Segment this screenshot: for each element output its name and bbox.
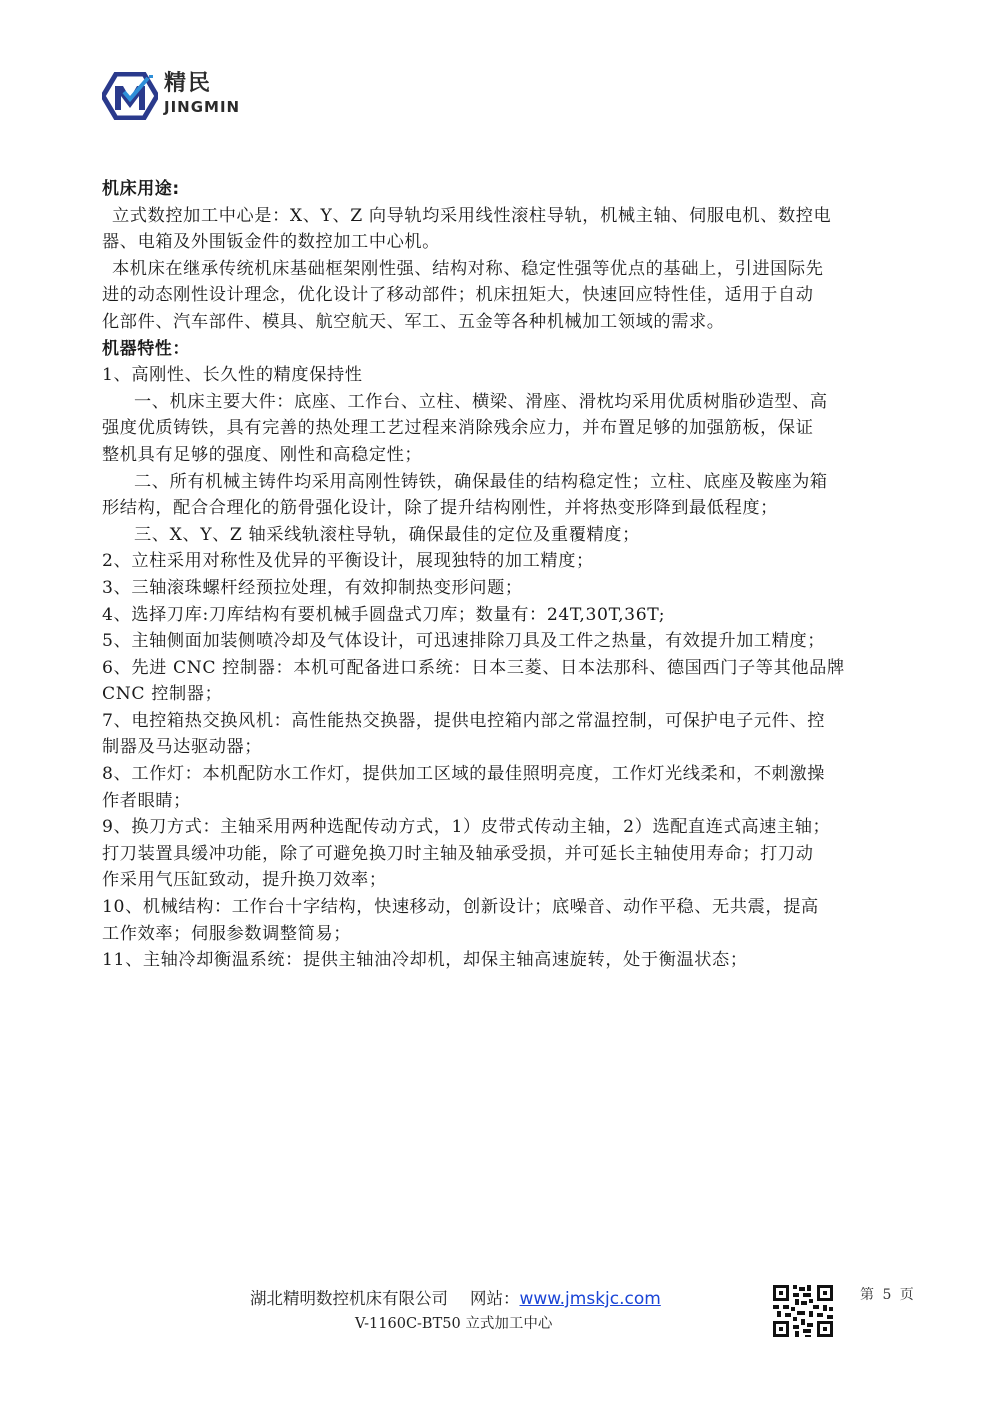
footer-company-line: 湖北精明数控机床有限公司网站：www.jmskjc.com	[250, 1285, 661, 1309]
paragraph-line: 作者眼睛；	[102, 788, 914, 815]
section-heading-features: 机器特性：	[102, 336, 914, 363]
feature-item: 9、换刀方式：主轴采用两种选配传动方式，1）皮带式传动主轴，2）选配直连式高速主…	[102, 814, 914, 841]
paragraph-line: 立式数控加工中心是：X、Y、Z 向导轨均采用线性滚柱导轨，机械主轴、伺服电机、数…	[102, 203, 914, 230]
feature-item: 8、工作灯：本机配防水工作灯，提供加工区域的最佳照明亮度，工作灯光线柔和，不刺激…	[102, 761, 914, 788]
website-link[interactable]: www.jmskjc.com	[520, 1289, 661, 1309]
feature-subitem: 三、X、Y、Z 轴采线轨滚柱导轨，确保最佳的定位及重覆精度；	[102, 522, 914, 549]
logo-chinese-text: 精民	[164, 72, 212, 96]
paragraph-line: 本机床在继承传统机床基础框架刚性强、结构对称、稳定性强等优点的基础上，引进国际先	[102, 256, 914, 283]
paragraph-line: 化部件、汽车部件、模具、航空航天、军工、五金等各种机械加工领域的需求。	[102, 309, 914, 336]
feature-item: 2、立柱采用对称性及优异的平衡设计，展现独特的加工精度；	[102, 548, 914, 575]
paragraph-line: 整机具有足够的强度、刚性和高稳定性；	[102, 442, 914, 469]
feature-item: 10、机械结构：工作台十字结构，快速移动，创新设计；底噪音、动作平稳、无共震，提…	[102, 894, 914, 921]
feature-subitem: 二、所有机械主铸件均采用高刚性铸铁，确保最佳的结构稳定性；立柱、底座及鞍座为箱	[102, 469, 914, 496]
feature-item: 1、高刚性、长久性的精度保持性	[102, 362, 914, 389]
section-heading-usage: 机床用途:	[102, 176, 914, 203]
paragraph-line: 器、电箱及外围钣金件的数控加工中心机。	[102, 229, 914, 256]
feature-item: 11、主轴冷却衡温系统：提供主轴油冷却机，却保主轴高速旋转，处于衡温状态；	[102, 947, 914, 974]
feature-item: 4、选择刀库:刀库结构有要机械手圆盘式刀库；数量有：24T,30T,36T;	[102, 602, 914, 629]
jingmin-logo-icon	[102, 72, 158, 120]
paragraph-line: 工作效率；伺服参数调整简易；	[102, 921, 914, 948]
paragraph-line: 作采用气压缸致动，提升换刀效率；	[102, 867, 914, 894]
company-name: 湖北精明数控机床有限公司	[250, 1289, 448, 1308]
paragraph-line: 制器及马达驱动器；	[102, 734, 914, 761]
paragraph-line: 打刀装置具缓冲功能，除了可避免换刀时主轴及轴承受损，并可延长主轴使用寿命；打刀动	[102, 841, 914, 868]
feature-item: 7、电控箱热交换风机：高性能热交换器，提供电控箱内部之常温控制，可保护电子元件、…	[102, 708, 914, 735]
feature-item: 3、三轴滚珠螺杆经预拉处理，有效抑制热变形问题；	[102, 575, 914, 602]
qr-code-icon	[773, 1285, 833, 1337]
paragraph-line: 强度优质铸铁，具有完善的热处理工艺过程来消除残余应力，并布置足够的加强筋板，保证	[102, 415, 914, 442]
company-logo: 精民 JINGMIN	[102, 70, 262, 122]
paragraph-line: 进的动态刚性设计理念，优化设计了移动部件；机床扭矩大，快速回应特性佳，适用于自动	[102, 282, 914, 309]
product-model: V-1160C-BT50 立式加工中心	[355, 1312, 552, 1333]
logo-english-text: JINGMIN	[164, 98, 240, 116]
document-body: 机床用途: 立式数控加工中心是：X、Y、Z 向导轨均采用线性滚柱导轨，机械主轴、…	[102, 176, 914, 974]
paragraph-line: 形结构，配合合理化的筋骨强化设计，除了提升结构刚性，并将热变形降到最低程度；	[102, 495, 914, 522]
feature-item: 6、先进 CNC 控制器：本机可配备进口系统：日本三菱、日本法那科、德国西门子等…	[102, 655, 914, 682]
feature-item: 5、主轴侧面加装侧喷冷却及气体设计，可迅速排除刀具及工件之热量，有效提升加工精度…	[102, 628, 914, 655]
page-number: 第 5 页	[860, 1284, 916, 1304]
feature-subitem: 一、机床主要大件：底座、工作台、立柱、横梁、滑座、滑枕均采用优质树脂砂造型、高	[102, 389, 914, 416]
website-label: 网站：	[470, 1289, 520, 1308]
paragraph-line: CNC 控制器；	[102, 681, 914, 708]
